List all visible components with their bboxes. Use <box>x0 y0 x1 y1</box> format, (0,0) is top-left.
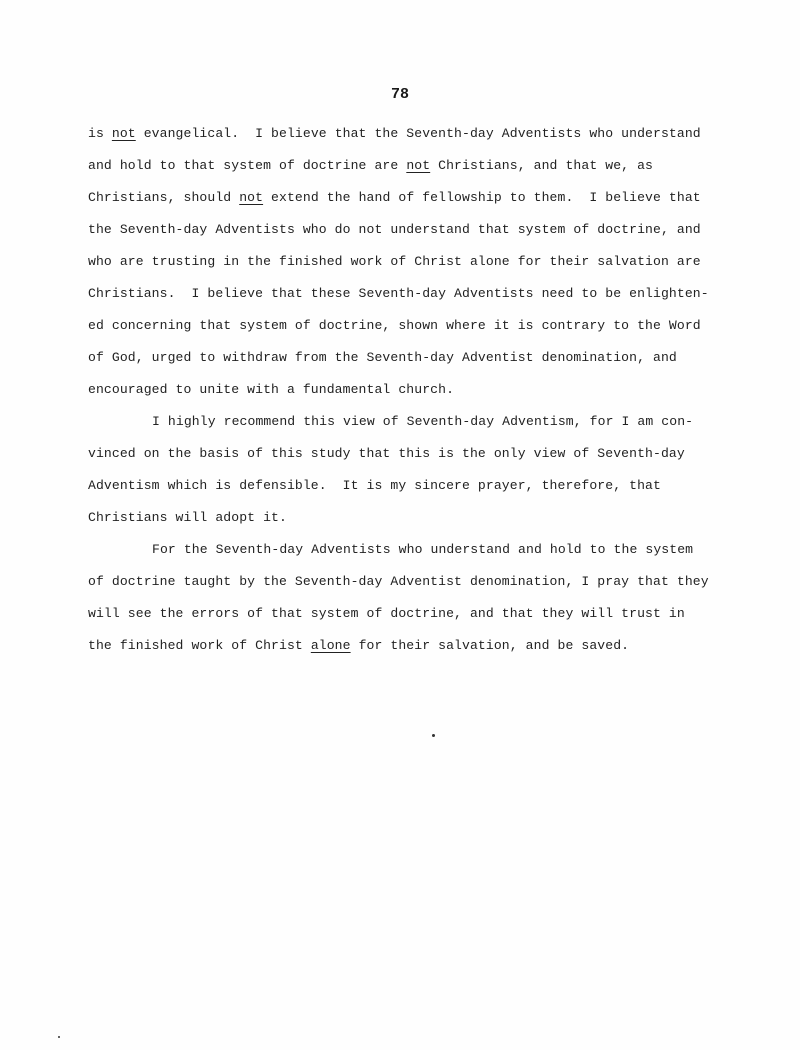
text-line: For the Seventh-day Adventists who under… <box>88 534 728 566</box>
text-run: ed concerning that system of doctrine, s… <box>88 318 701 333</box>
text-line: the finished work of Christ alone for th… <box>88 630 728 662</box>
text-line: of doctrine taught by the Seventh-day Ad… <box>88 566 728 598</box>
text-line: is not evangelical. I believe that the S… <box>88 118 728 150</box>
ink-speck <box>58 1036 60 1038</box>
text-line: Christians, should not extend the hand o… <box>88 182 728 214</box>
text-run: I highly recommend this view of Seventh-… <box>152 414 693 429</box>
text-run: For the Seventh-day Adventists who under… <box>152 542 693 557</box>
text-run: the finished work of Christ <box>88 638 311 653</box>
text-line: will see the errors of that system of do… <box>88 598 728 630</box>
text-run: vinced on the basis of this study that t… <box>88 446 685 461</box>
text-run: Christians will adopt it. <box>88 510 287 525</box>
text-line: Christians will adopt it. <box>88 502 728 534</box>
text-run: Christians, should <box>88 190 239 205</box>
text-run: evangelical. I believe that the Seventh-… <box>136 126 701 141</box>
underlined-word: alone <box>311 638 351 653</box>
document-page: 78 is not evangelical. I believe that th… <box>0 0 800 1050</box>
text-line: the Seventh-day Adventists who do not un… <box>88 214 728 246</box>
underlined-word: not <box>112 126 136 141</box>
text-run: Christians. I believe that these Seventh… <box>88 286 709 301</box>
text-run: of doctrine taught by the Seventh-day Ad… <box>88 574 709 589</box>
text-line: ed concerning that system of doctrine, s… <box>88 310 728 342</box>
text-run: Adventism which is defensible. It is my … <box>88 478 661 493</box>
text-line: of God, urged to withdraw from the Seven… <box>88 342 728 374</box>
page-number: 78 <box>0 86 800 103</box>
text-run: is <box>88 126 112 141</box>
text-line: Adventism which is defensible. It is my … <box>88 470 728 502</box>
text-line: and hold to that system of doctrine are … <box>88 150 728 182</box>
text-run: of God, urged to withdraw from the Seven… <box>88 350 677 365</box>
text-run: and hold to that system of doctrine are <box>88 158 406 173</box>
body-text: is not evangelical. I believe that the S… <box>88 118 728 662</box>
text-run: encouraged to unite with a fundamental c… <box>88 382 454 397</box>
text-run: the Seventh-day Adventists who do not un… <box>88 222 701 237</box>
text-line: encouraged to unite with a fundamental c… <box>88 374 728 406</box>
ink-speck <box>432 734 435 737</box>
text-line: who are trusting in the finished work of… <box>88 246 728 278</box>
text-run: for their salvation, and be saved. <box>351 638 630 653</box>
text-run: Christians, and that we, as <box>430 158 653 173</box>
text-line: Christians. I believe that these Seventh… <box>88 278 728 310</box>
text-run: will see the errors of that system of do… <box>88 606 685 621</box>
text-run: extend the hand of fellowship to them. I… <box>263 190 701 205</box>
text-run: who are trusting in the finished work of… <box>88 254 701 269</box>
text-line: vinced on the basis of this study that t… <box>88 438 728 470</box>
underlined-word: not <box>239 190 263 205</box>
underlined-word: not <box>406 158 430 173</box>
text-line: I highly recommend this view of Seventh-… <box>88 406 728 438</box>
